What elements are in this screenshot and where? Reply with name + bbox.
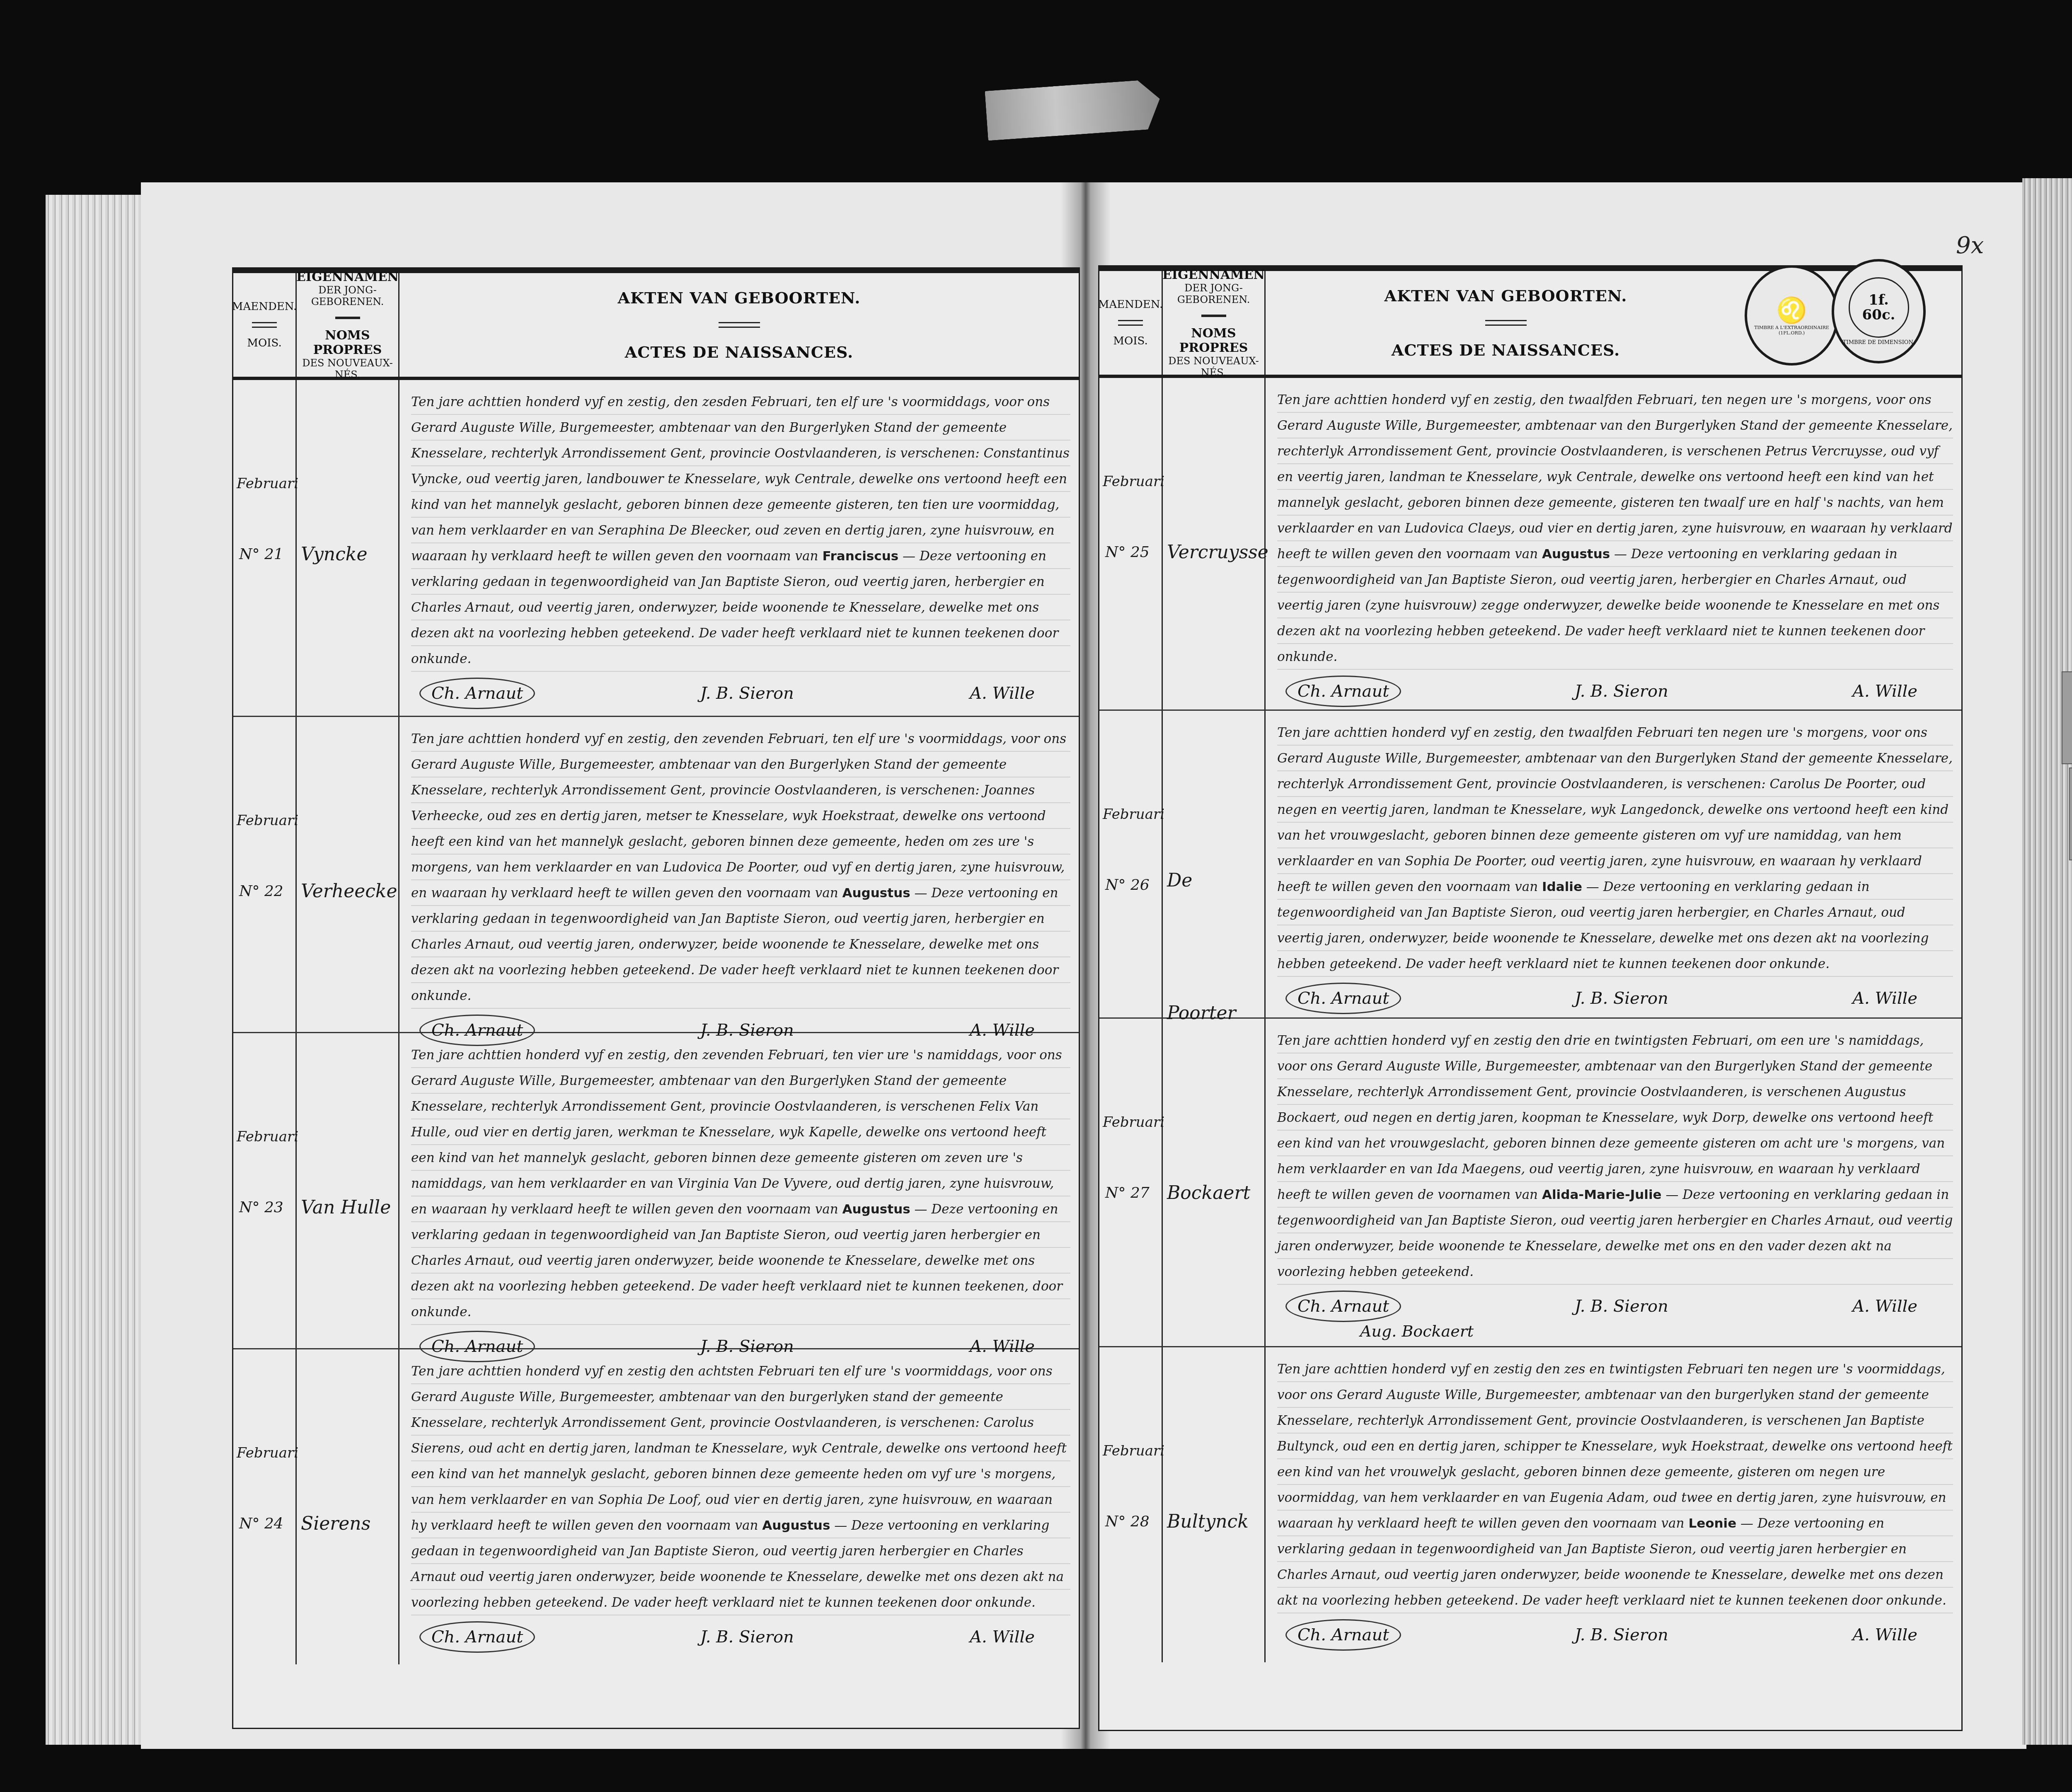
entry-month: Februari	[237, 1128, 298, 1145]
acts-column-header: AKTEN VAN GEBOORTEN. ACTES DE NAISSANCES…	[399, 273, 1079, 377]
signature-wille: A. Wille	[959, 679, 1046, 708]
entry-text: Ten jare achttien honderd vyf en zestig,…	[411, 726, 1070, 1009]
entries: FebruariN° 21 Vyncke Ten jare achttien h…	[233, 380, 1079, 1728]
given-name: Augustus	[842, 886, 910, 901]
entries: FebruariN° 25 Vercruysse Ten jare achtti…	[1099, 378, 1961, 1730]
entry-text: Ten jare achttien honderd vyf en zestig …	[1277, 1356, 1953, 1613]
entry-text: Ten jare achttien honderd vyf en zestig …	[411, 1359, 1070, 1615]
double-rule	[1201, 315, 1226, 317]
entry-row: FebruariN° 25 Vercruysse Ten jare achtti…	[1099, 378, 1961, 711]
signature-sieron: J. B. Sieron	[690, 679, 805, 708]
double-rule	[252, 322, 277, 328]
entry-month: Februari	[237, 1445, 298, 1461]
signature-wille: A. Wille	[1842, 1292, 1928, 1321]
entry-month: Februari	[237, 475, 298, 492]
entry-surname: Bockaert	[1167, 1182, 1250, 1204]
entry-number: N° 24	[239, 1515, 283, 1532]
month-column-header: MAENDEN. MOIS.	[1099, 271, 1163, 375]
entry-month: Februari	[1103, 473, 1164, 490]
given-name: Idalie	[1542, 879, 1582, 894]
entry-number: N° 28	[1105, 1513, 1150, 1530]
given-name: Leonie	[1688, 1516, 1736, 1531]
entry-surname: Van Hulle	[301, 1197, 391, 1218]
entry-row: FebruariN° 21 Vyncke Ten jare achttien h…	[233, 380, 1079, 717]
signature-arnaut: Ch. Arnaut	[1285, 983, 1401, 1014]
signature-row: Ch. ArnautJ. B. SieronA. Wille	[1277, 1619, 1953, 1651]
signature-wille: A. Wille	[1842, 1620, 1928, 1649]
double-rule	[719, 322, 760, 328]
signature-sieron: J. B. Sieron	[1564, 677, 1679, 706]
signature-sieron: J. B. Sieron	[690, 1622, 805, 1652]
left-register-table: MAENDEN. MOIS. EIGENNAMEN DER JONG-GEBOR…	[232, 267, 1080, 1729]
entry-number: N° 26	[1105, 877, 1150, 894]
given-name: Augustus	[842, 1202, 910, 1217]
entry-row: FebruariN° 22 Verheecke Ten jare achttie…	[233, 717, 1079, 1033]
entry-surname: Verheecke	[301, 881, 397, 902]
double-rule	[1118, 320, 1143, 326]
entry-month: Februari	[1103, 806, 1164, 823]
names-column-header: EIGENNAMEN DER JONG-GEBORENEN. NOMS PROP…	[1163, 271, 1266, 375]
folio-mark: 9x	[1956, 232, 1984, 259]
signature-sieron: J. B. Sieron	[1564, 1620, 1679, 1649]
entry-text: Ten jare achttien honderd vyf en zestig …	[1277, 1028, 1953, 1285]
entry-text: Ten jare achttien honderd vyf en zestig,…	[411, 1042, 1070, 1325]
entry-month: Februari	[1103, 1443, 1164, 1459]
given-name: Augustus	[1542, 547, 1610, 562]
signature-arnaut: Ch. Arnaut	[419, 678, 535, 709]
month-column-header: MAENDEN. MOIS.	[233, 273, 297, 377]
signature-row: Ch. ArnautJ. B. SieronA. Wille	[1277, 983, 1953, 1014]
given-name: Alida-Marie-Julie	[1542, 1187, 1662, 1202]
signature-row: Ch. ArnautJ. B. SieronA. Wille	[1277, 676, 1953, 707]
year-tab-1866[interactable]: 1866	[2062, 671, 2072, 764]
entry-month: Februari	[1103, 1114, 1164, 1131]
entry-row: FebruariN° 27 Bockaert Ten jare achttien…	[1099, 1019, 1961, 1347]
entry-surname: Bultynck	[1167, 1511, 1249, 1532]
signature-arnaut: Ch. Arnaut	[1285, 1619, 1401, 1651]
entry-number: N° 27	[1105, 1184, 1150, 1201]
book-page-edges-left	[46, 195, 153, 1745]
entry-row: FebruariN° 28 Bultynck Ten jare achttien…	[1099, 1347, 1961, 1662]
entry-month: Februari	[237, 812, 298, 829]
signature-row: Ch. ArnautJ. B. SieronA. Wille	[411, 678, 1070, 709]
signature-sieron: J. B. Sieron	[1564, 984, 1679, 1013]
given-name: Augustus	[762, 1518, 830, 1533]
entry-number: N° 25	[1105, 544, 1150, 561]
entry-text: Ten jare achttien honderd vyf en zestig,…	[1277, 387, 1953, 670]
lion-icon: ♌	[1776, 295, 1807, 325]
year-index-tabs: 1866 1867 1868 1869 1870	[2062, 671, 2072, 1152]
signature-wille: A. Wille	[1842, 677, 1928, 706]
wreath-ring: 1f. 60c.	[1849, 277, 1909, 338]
signature-row: Ch. ArnautJ. B. SieronA. Wille	[411, 1621, 1070, 1653]
signature-wille: A. Wille	[1842, 984, 1928, 1013]
entry-row: FebruariN° 24 Sierens Ten jare achttien …	[233, 1349, 1079, 1664]
entry-row: FebruariN° 23 Van Hulle Ten jare achttie…	[233, 1033, 1079, 1349]
register-header: MAENDEN. MOIS. EIGENNAMEN DER JONG-GEBOR…	[233, 273, 1079, 380]
document-clip	[985, 79, 1162, 140]
entry-surname: Vyncke	[301, 544, 368, 565]
signature-arnaut: Ch. Arnaut	[1285, 676, 1401, 707]
entry-surname: Vercruysse	[1167, 542, 1268, 563]
double-rule	[1485, 320, 1527, 326]
entry-number: N° 23	[239, 1199, 283, 1216]
entry-number: N° 22	[239, 883, 283, 900]
signature-row: Ch. ArnautJ. B. SieronA. Wille	[1277, 1291, 1953, 1322]
extraordinary-tax-stamp: ♌ TIMBRE A L'EXTRAORDINAIRE (1FL.ORD.)	[1745, 265, 1839, 366]
signature-father: Aug. Bockaert	[1277, 1322, 1953, 1340]
entry-text: Ten jare achttien honderd vyf en zestig,…	[411, 389, 1070, 672]
dimension-tax-stamp: 1f. 60c. TIMBRE DE DIMENSION.	[1832, 259, 1926, 363]
entry-text: Ten jare achttien honderd vyf en zestig,…	[1277, 720, 1953, 977]
names-column-header: EIGENNAMEN DER JONG-GEBORENEN. NOMS PROP…	[297, 273, 399, 377]
entry-surname: Sierens	[301, 1513, 370, 1534]
year-tab-1867[interactable]: 1867	[2069, 768, 2072, 860]
right-register-table: MAENDEN. MOIS. EIGENNAMEN DER JONG-GEBOR…	[1098, 265, 1963, 1731]
signature-arnaut: Ch. Arnaut	[1285, 1291, 1401, 1322]
entry-number: N° 21	[239, 546, 283, 563]
entry-row: FebruariN° 26 De Poorter Ten jare achtti…	[1099, 711, 1961, 1019]
signature-wille: A. Wille	[959, 1622, 1046, 1652]
double-rule	[335, 317, 360, 319]
signature-arnaut: Ch. Arnaut	[419, 1621, 535, 1653]
given-name: Franciscus	[822, 549, 898, 564]
signature-sieron: J. B. Sieron	[1564, 1292, 1679, 1321]
